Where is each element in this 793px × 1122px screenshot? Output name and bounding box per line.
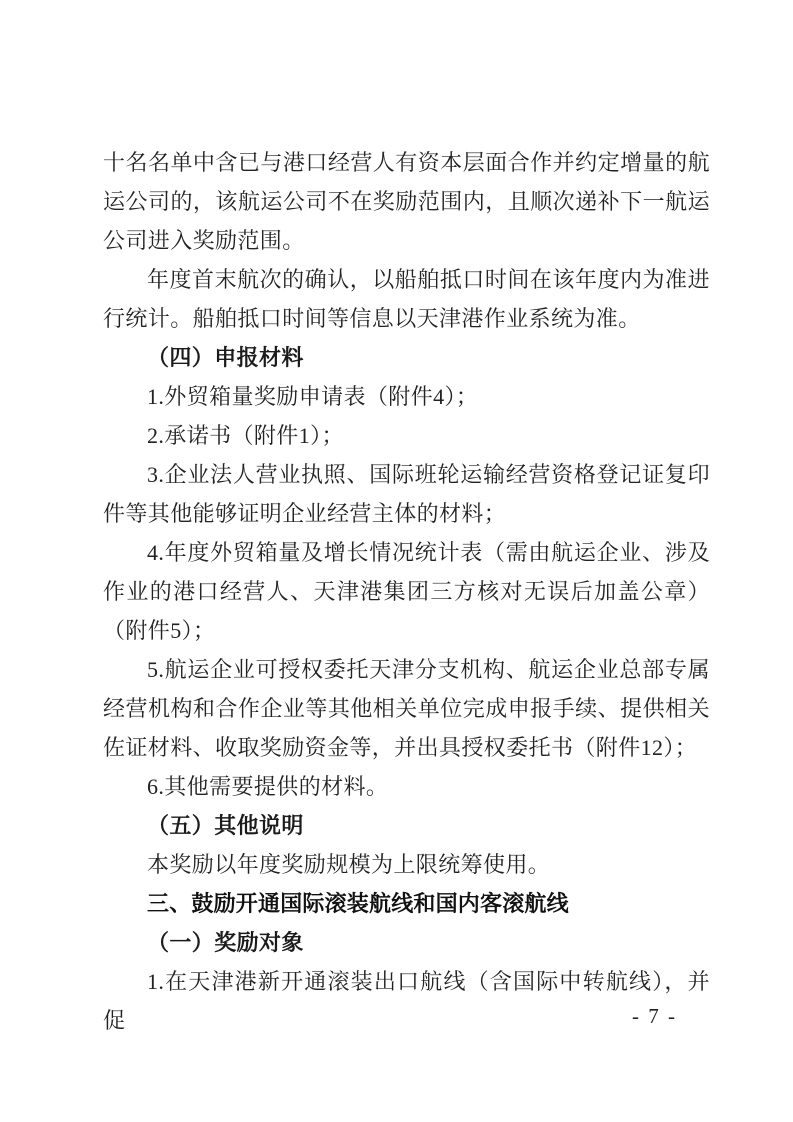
paragraph: 十名名单中含已与港口经营人有资本层面合作并约定增量的航运公司的，该航运公司不在奖… [103,143,710,260]
document-page: 十名名单中含已与港口经营人有资本层面合作并约定增量的航运公司的，该航运公司不在奖… [0,0,793,1122]
section-subheading: （四）申报材料 [103,338,710,377]
paragraph: 本奖励以年度奖励规模为上限统筹使用。 [103,845,710,884]
paragraph: 5.航运企业可授权委托天津分支机构、航运企业总部专属经营机构和合作企业等其他相关… [103,650,710,767]
section-subheading: （五）其他说明 [103,806,710,845]
document-body: 十名名单中含已与港口经营人有资本层面合作并约定增量的航运公司的，该航运公司不在奖… [103,143,710,1040]
paragraph: 4.年度外贸箱量及增长情况统计表（需由航运企业、涉及作业的港口经营人、天津港集团… [103,533,710,650]
paragraph: 1.外贸箱量奖励申请表（附件4）； [103,377,710,416]
paragraph: 6.其他需要提供的材料。 [103,767,710,806]
paragraph: 2.承诺书（附件1）； [103,416,710,455]
section-subheading: （一）奖励对象 [103,923,710,962]
page-number: - 7 - [632,1002,677,1030]
paragraph: 1.在天津港新开通滚装出口航线（含国际中转航线），并促 [103,962,710,1040]
paragraph: 3.企业法人营业执照、国际班轮运输经营资格登记证复印件等其他能够证明企业经营主体… [103,455,710,533]
paragraph: 年度首末航次的确认，以船舶抵口时间在该年度内为准进行统计。船舶抵口时间等信息以天… [103,260,710,338]
section-heading: 三、鼓励开通国际滚装航线和国内客滚航线 [103,884,710,923]
